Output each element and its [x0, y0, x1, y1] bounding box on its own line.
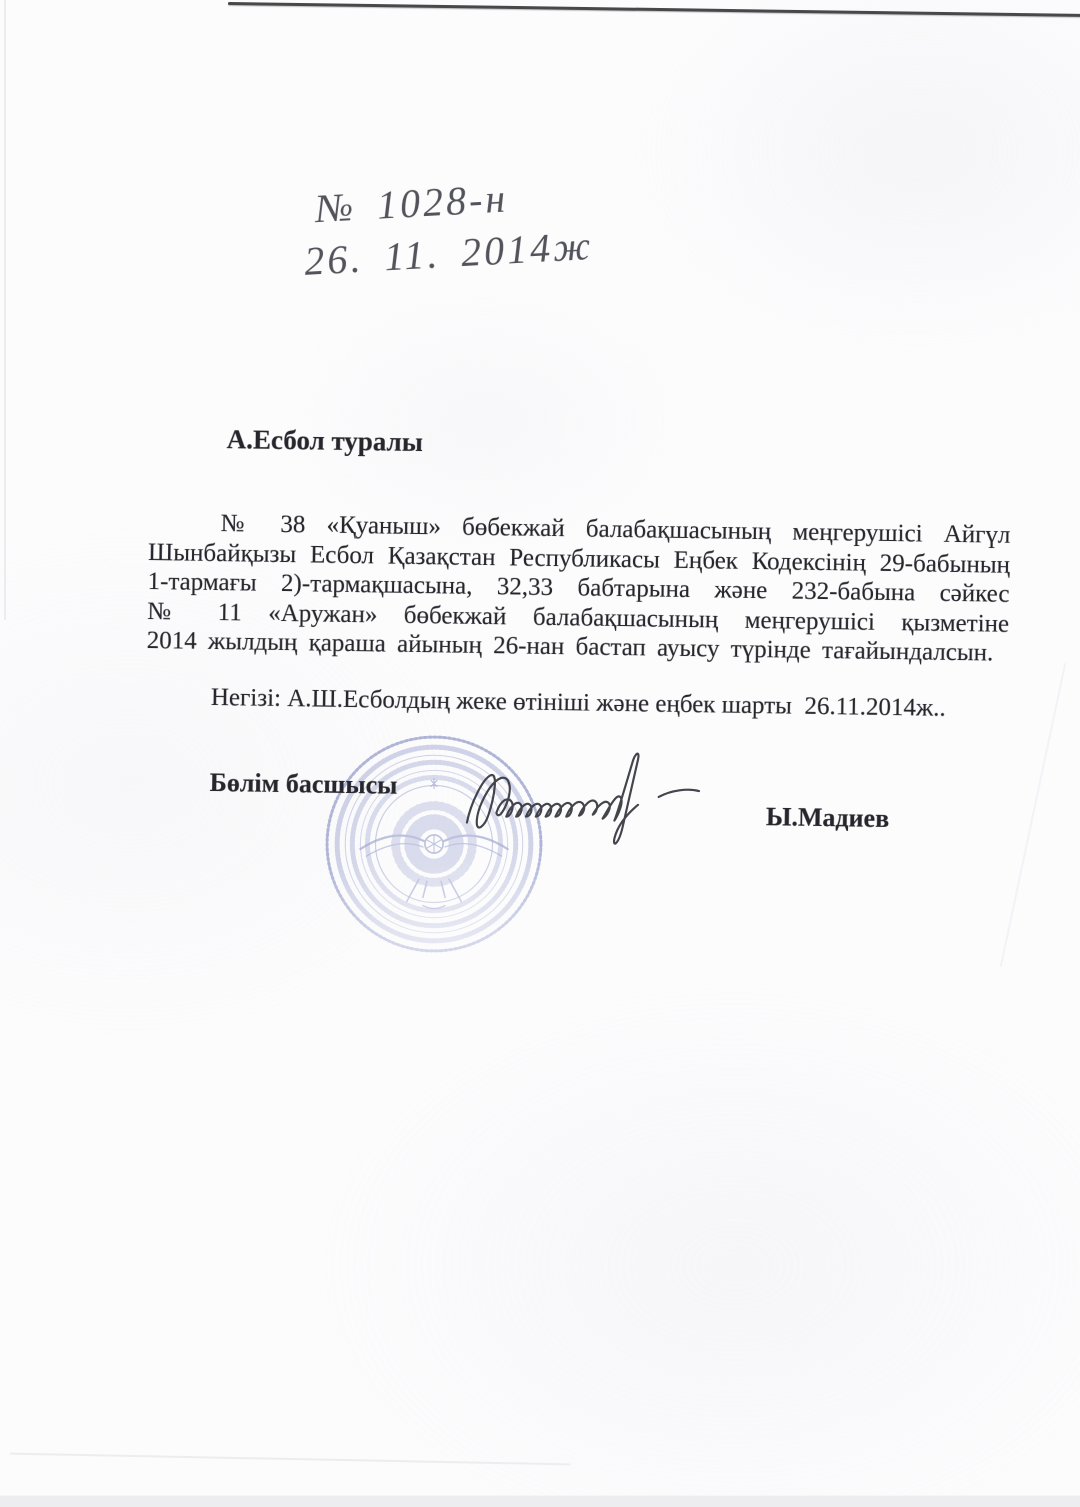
scan-left-edge-line [4, 0, 6, 620]
paper-crease [10, 1453, 570, 1466]
signer-name: Ы.Мадиев [766, 802, 890, 833]
scan-bottom-band [0, 1495, 1080, 1507]
paper-fold-mark [1000, 663, 1066, 967]
scan-top-edge-line [228, 2, 1080, 17]
signer-role: Бөлім басшысы [209, 768, 397, 800]
basis-line: Негізі: А.Ш.Есболдың жеке өтініші және е… [146, 681, 1008, 723]
order-paragraph: № 38 «Қуаныш» бөбекжай балабақшасының ме… [147, 508, 1011, 668]
handwritten-annotation: № 1028-н 26. 11. 2014ж [300, 168, 595, 288]
signature-ink-icon [452, 736, 708, 854]
document-title: А.Есбол туралы [227, 423, 1012, 467]
